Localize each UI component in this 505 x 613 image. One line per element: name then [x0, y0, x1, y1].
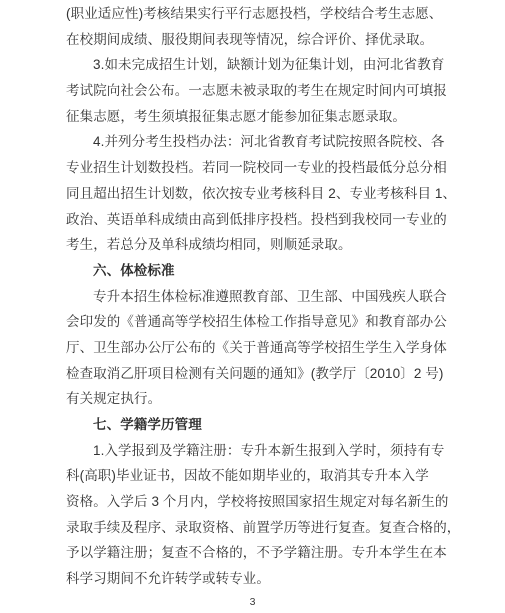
text-line: 在校期间成绩、服役期间表现等情况，综合评价、择优录取。: [66, 27, 450, 53]
section-heading-7: 七、学籍学历管理: [66, 412, 450, 438]
text-line: 同且超出招生计划数，依次按专业考核科目 2、专业考核科目 1、: [66, 181, 450, 207]
text-line: 会印发的《普通高等学校招生体检工作指导意见》和教育部办公: [66, 309, 450, 335]
text-line: 科(高职)毕业证书，因故不能如期毕业的，取消其专升本入学: [66, 463, 450, 489]
document-body: (职业适应性)考核结果实行平行志愿投档，学校结合考生志愿、 在校期间成绩、服役期…: [66, 1, 450, 592]
text-line: 征集志愿，考生须填报征集志愿才能参加征集志愿录取。: [66, 104, 450, 130]
text-line: 厅、卫生部办公厅公布的《关于普通高等学校招生学生入学身体: [66, 335, 450, 361]
text-line: 检查取消乙肝项目检测有关问题的通知》(教学厅〔2010〕2 号): [66, 361, 450, 387]
text-line: 考试院向社会公布。一志愿未被录取的考生在规定时间内可填报: [66, 78, 450, 104]
page-number: 3: [0, 596, 505, 608]
text-line: 资格。入学后 3 个月内，学校将按照国家招生规定对每名新生的: [66, 489, 450, 515]
text-line: 专业招生计划数投档。若同一院校同一专业的投档最低分总分相: [66, 155, 450, 181]
section-heading-6: 六、体检标准: [66, 258, 450, 284]
text-line: 科学习期间不允许转学或转专业。: [66, 566, 450, 592]
text-line: (职业适应性)考核结果实行平行志愿投档，学校结合考生志愿、: [66, 1, 450, 27]
text-line-paragraph: 专升本招生体检标准遵照教育部、卫生部、中国残疾人联合: [66, 284, 450, 310]
text-line: 录取手续及程序、录取资格、前置学历等进行复查。复查合格的，: [66, 515, 450, 541]
text-line: 有关规定执行。: [66, 386, 450, 412]
text-line: 予以学籍注册；复查不合格的，不予学籍注册。专升本学生在本: [66, 540, 450, 566]
text-line-paragraph-4: 4.并列分考生投档办法：河北省教育考试院按照各院校、各: [66, 129, 450, 155]
text-line-paragraph-3: 3.如未完成招生计划，缺额计划为征集计划，由河北省教育: [66, 52, 450, 78]
text-line-paragraph-1: 1.入学报到及学籍注册：专升本新生报到入学时，须持有专: [66, 438, 450, 464]
text-line: 考生，若总分及单科成绩均相同，则顺延录取。: [66, 232, 450, 258]
text-line: 政治、英语单科成绩由高到低排序投档。投档到我校同一专业的: [66, 207, 450, 233]
document-page: (职业适应性)考核结果实行平行志愿投档，学校结合考生志愿、 在校期间成绩、服役期…: [0, 0, 505, 613]
